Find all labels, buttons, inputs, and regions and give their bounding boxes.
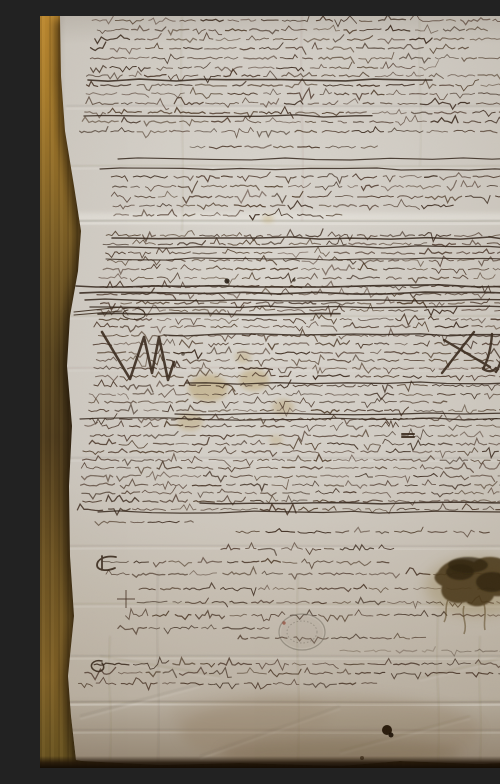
table-shadow-strip — [40, 756, 500, 768]
ink-layer — [40, 16, 500, 768]
manuscript-photo — [40, 16, 500, 768]
